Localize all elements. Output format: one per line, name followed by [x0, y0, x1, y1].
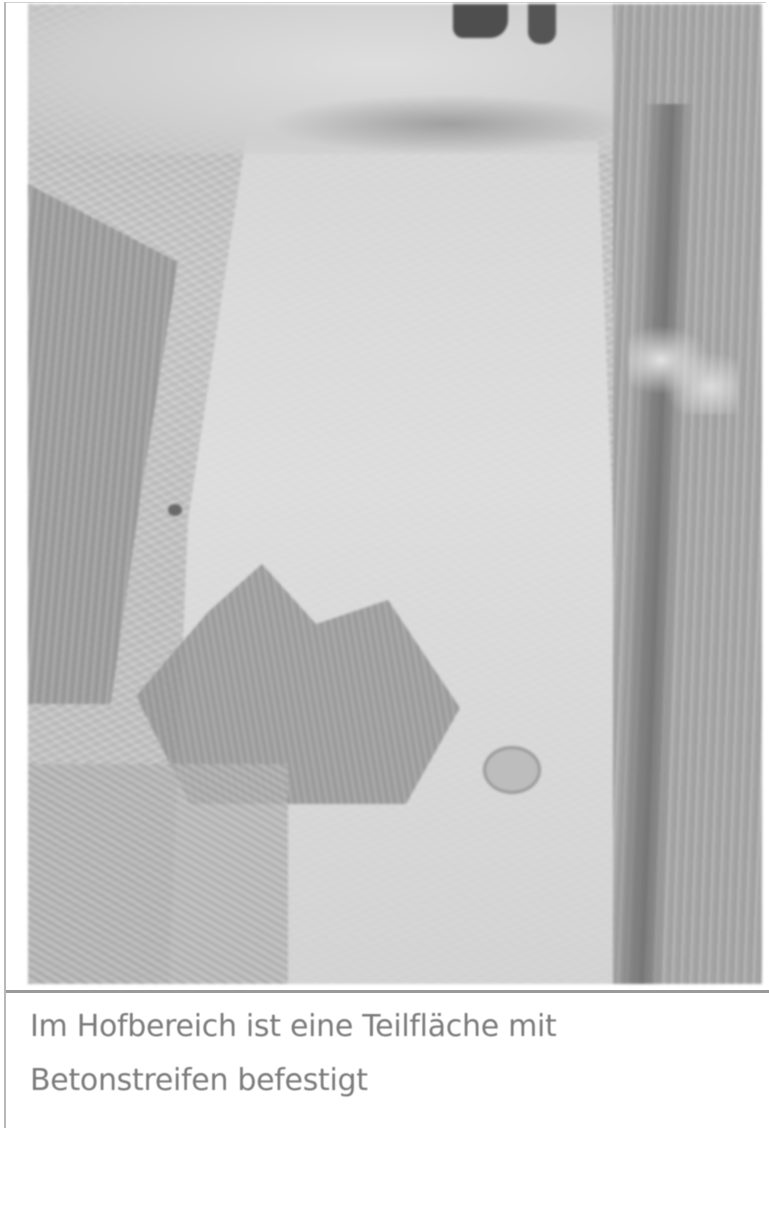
small-hole: [168, 504, 182, 516]
cell-border-left: [4, 2, 6, 1128]
leaves: [628, 324, 738, 414]
cell-border-top: [4, 2, 766, 3]
shoe-right: [528, 4, 556, 44]
circular-mark: [483, 746, 541, 794]
courtyard-photo: [28, 4, 762, 984]
shoe-left: [453, 4, 508, 38]
caption-divider: [6, 990, 769, 993]
shadow-band: [268, 94, 628, 154]
lower-left-ground: [28, 764, 288, 984]
caption-line-2: Betonstreifen befestigt: [30, 1054, 750, 1108]
figure-caption: Im Hofbereich ist eine Teilfläche mit Be…: [30, 1000, 750, 1108]
caption-line-1: Im Hofbereich ist eine Teilfläche mit: [30, 1000, 750, 1054]
